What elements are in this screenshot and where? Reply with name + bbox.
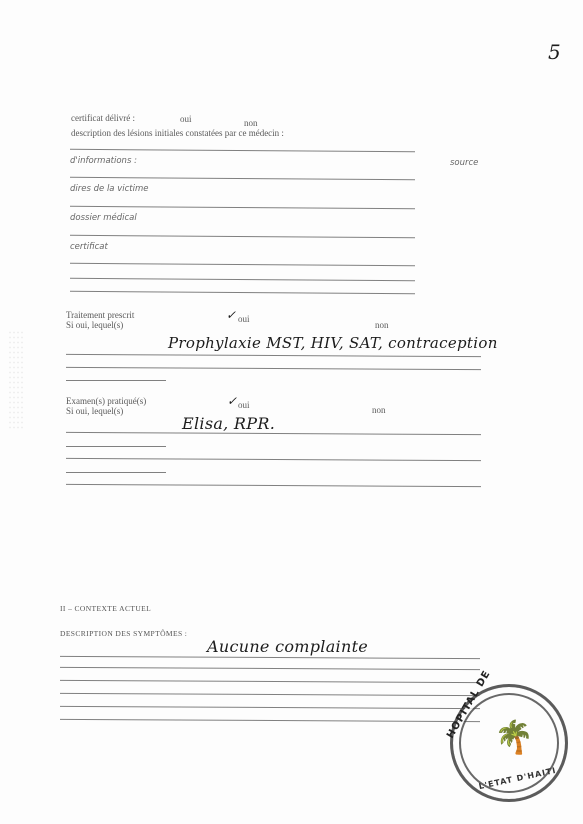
field-label-informations: d'informations : <box>70 156 137 166</box>
rule-line <box>70 206 415 209</box>
page-number: 5 <box>548 40 561 64</box>
rule-line <box>60 719 480 722</box>
rule-line <box>66 354 481 357</box>
examens-oui-option[interactable]: oui <box>238 400 250 410</box>
certificat-oui-option[interactable]: oui <box>180 114 192 124</box>
rule-line <box>60 706 480 709</box>
section-2-title: II – CONTEXTE ACTUEL <box>60 604 151 613</box>
rule-line <box>66 367 481 370</box>
field-label-dossier-medical: dossier médical <box>70 213 137 223</box>
rule-line <box>66 380 166 381</box>
traitement-sub-label: Si oui, lequel(s) <box>66 320 123 330</box>
rule-line <box>70 177 415 180</box>
traitement-handwritten-answer: Prophylaxie MST, HIV, SAT, contraception <box>168 334 498 352</box>
examens-handwritten-answer: Elisa, RPR. <box>182 414 275 433</box>
palm-tree-icon: 🌴 <box>494 718 534 756</box>
examens-non-option[interactable]: non <box>372 405 386 415</box>
rule-line <box>60 693 480 696</box>
symptomes-handwritten-answer: Aucune complainte <box>207 637 368 656</box>
scan-noise <box>8 330 24 430</box>
traitement-non-option[interactable]: non <box>375 320 389 330</box>
traitement-label: Traitement prescrit <box>66 310 134 320</box>
source-label: source <box>450 158 478 168</box>
traitement-oui-option[interactable]: oui <box>238 314 250 324</box>
rule-line <box>66 458 481 461</box>
rule-line <box>60 667 480 670</box>
symptomes-label: DESCRIPTION DES SYMPTÔMES : <box>60 629 187 638</box>
rule-line <box>70 235 415 238</box>
certificat-label: certificat délivré : <box>71 113 135 123</box>
rule-line <box>66 446 166 447</box>
rule-line <box>66 472 166 473</box>
rule-line <box>60 656 480 659</box>
rule-line <box>70 149 415 152</box>
rule-line <box>66 432 481 435</box>
examens-check-mark-icon: ✓ <box>227 394 237 408</box>
description-lesions-label: description des lésions initiales consta… <box>71 128 284 138</box>
rule-line <box>70 278 415 281</box>
examens-label: Examen(s) pratiqué(s) <box>66 396 146 406</box>
field-label-dires-victime: dires de la victime <box>70 184 148 194</box>
rule-line <box>70 263 415 266</box>
rule-line <box>60 680 480 683</box>
field-label-certificat: certificat <box>70 242 108 252</box>
certificat-non-option[interactable]: non <box>244 118 258 128</box>
traitement-check-mark-icon: ✓ <box>226 308 236 322</box>
rule-line <box>66 484 481 487</box>
rule-line <box>70 291 415 294</box>
examens-sub-label: Si oui, lequel(s) <box>66 406 123 416</box>
